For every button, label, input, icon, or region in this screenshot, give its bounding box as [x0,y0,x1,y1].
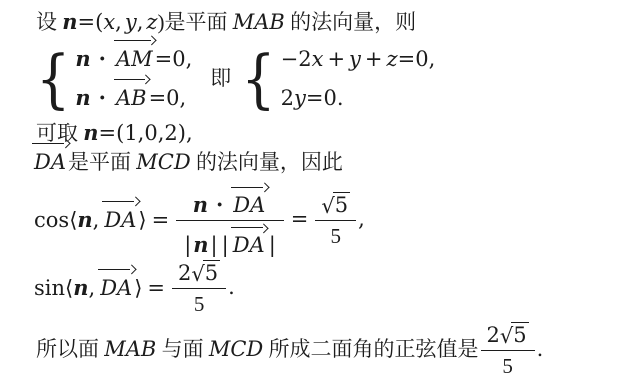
radicand: 5 [203,260,220,285]
plane-MCD: MCD [136,150,190,174]
comma: , [115,10,122,34]
denominator-5: 5 [172,288,226,316]
cn-text: 与面 [156,337,209,361]
var-x: x [103,10,115,34]
vec-AB: AB [114,85,149,111]
radical-sign: √ [321,194,334,218]
plus-operator: + [365,47,383,71]
coefficient: 2 [487,323,500,347]
line-setup-normal-vector: 设 n=(x,y,z)是平面 MAB 的法向量，则 [36,8,416,36]
right-angle-bracket: ⟩ [134,276,142,300]
vector-equations: n·AM=0, n·AB=0, [75,46,192,111]
square-root: √5 [500,322,529,347]
fraction-dot-product: n·DA |n||DA| [176,183,284,257]
comma: , [358,206,365,233]
equals-zero: =0, [398,47,436,71]
vec-DA: DA [32,149,68,176]
equals-zero: =0. [306,86,344,110]
equals-zero: =0, [149,86,187,110]
plane-MCD: MCD [209,337,263,361]
numerator-n-dot-DA: n·DA [176,183,284,220]
denominator-magnitudes: |n||DA| [176,220,284,257]
denominator-5: 5 [481,350,535,378]
cn-text: 所以面 [36,337,104,361]
cos-lhs: cos⟨n,DA⟩= [34,206,174,234]
plane-MAB: MAB [104,337,156,361]
square-root: √5 [321,192,350,217]
vec-DA: DA [231,233,267,257]
cn-text: 的法向量，则 [285,10,416,34]
vector-n-symbol: n [193,232,208,257]
left-brace: { [241,48,275,109]
right-angle-bracket: ⟩ [138,208,146,232]
coefficient: 2 [178,261,191,285]
plane-MAB: MAB [233,10,285,34]
coefficient: −2 [281,47,312,71]
var-z: z [387,47,398,71]
equals-open-paren: =( [78,10,104,34]
vector-n-symbol: n [77,207,92,232]
cn-text: 设 [36,10,62,34]
dot-operator: · [99,85,106,110]
radical-sign: √ [191,262,204,286]
fraction-2sqrt5-over-5: 2√5 5 [172,260,226,316]
line-conclusion: 所以面 MAB 与面 MCD 所成二面角的正弦值是 2√5 5 . [36,322,543,378]
cn-text: 所成二面角的正弦值是 [263,337,478,361]
cn-text: )是平面 [158,10,233,34]
equation-2y: 2y=0. [281,85,436,111]
cos-function: cos [34,208,69,232]
cn-text-that-is: 即 [210,65,231,92]
n-value: =(1,0,2), [99,121,193,145]
radical-sign: √ [500,324,513,348]
coefficient: 2 [281,86,294,110]
equation-n-dot-AB: n·AB=0, [75,85,192,111]
equation-minus2x-plus-y-plus-z: −2x+y+z=0, [281,46,436,72]
equation-n-dot-AM: n·AM=0, [75,46,192,72]
vec-AM: AM [114,46,155,72]
comma: , [93,208,100,232]
line-cos-formula: cos⟨n,DA⟩= n·DA |n||DA| = √5 5 , [34,183,365,257]
sin-lhs: sin⟨n,DA⟩= [34,274,170,302]
square-root: √5 [191,260,220,285]
cn-text: 可取 [36,121,83,145]
math-solution-page: 设 n=(x,y,z)是平面 MAB 的法向量，则 { n·AM=0, n·AB… [0,0,641,384]
comma: , [89,276,96,300]
equals-sign: = [291,206,309,233]
equation-system: { n·AM=0, n·AB=0, 即 { −2x+y+z=0, 2y=0. [36,46,435,111]
vector-n-symbol: n [75,46,90,71]
numerator-2sqrt5: 2√5 [481,322,535,350]
equals-sign: = [147,276,165,300]
fraction-2sqrt5-over-5: 2√5 5 [481,322,535,378]
vector-n-symbol: n [75,85,90,110]
cn-text: 是平面 [68,150,136,174]
radicand: 5 [333,192,350,217]
cn-text: 的法向量，因此 [191,150,343,174]
abs-bar: | [184,233,191,257]
vec-DA: DA [102,207,138,234]
line-DA-normal-vector: DA是平面 MCD 的法向量，因此 [32,149,343,176]
equals-zero: =0, [155,47,193,71]
dot-operator: · [216,192,223,217]
vector-n-symbol: n [73,275,88,300]
period: . [228,274,235,301]
var-z: z [146,10,157,34]
vec-DA: DA [98,275,134,302]
var-y: y [294,86,306,110]
var-y: y [349,47,361,71]
fraction-sqrt5-over-5: √5 5 [315,192,356,248]
period: . [537,336,544,363]
left-brace: { [36,48,70,109]
vector-n-symbol: n [62,9,77,34]
left-angle-bracket: ⟨ [65,276,73,300]
abs-bar: | [211,233,218,257]
conclusion-text: 所以面 MAB 与面 MCD 所成二面角的正弦值是 [36,336,479,363]
numerator-2sqrt5: 2√5 [172,260,226,288]
numerator-sqrt5: √5 [315,192,356,220]
radicand: 5 [511,322,528,347]
var-y: y [125,10,137,34]
vector-n-symbol: n [83,120,98,145]
abs-bar: | [222,233,229,257]
plus-operator: + [327,47,345,71]
scalar-equations: −2x+y+z=0, 2y=0. [281,46,436,111]
vec-DA: DA [231,193,267,217]
denominator-5: 5 [315,220,356,248]
abs-bar: | [269,233,276,257]
line-sin-formula: sin⟨n,DA⟩= 2√5 5 . [34,260,235,316]
var-x: x [312,47,324,71]
sin-function: sin [34,276,65,300]
dot-operator: · [99,46,106,71]
vector-n-symbol: n [193,192,208,217]
equals-sign: = [152,208,170,232]
comma: , [137,10,144,34]
